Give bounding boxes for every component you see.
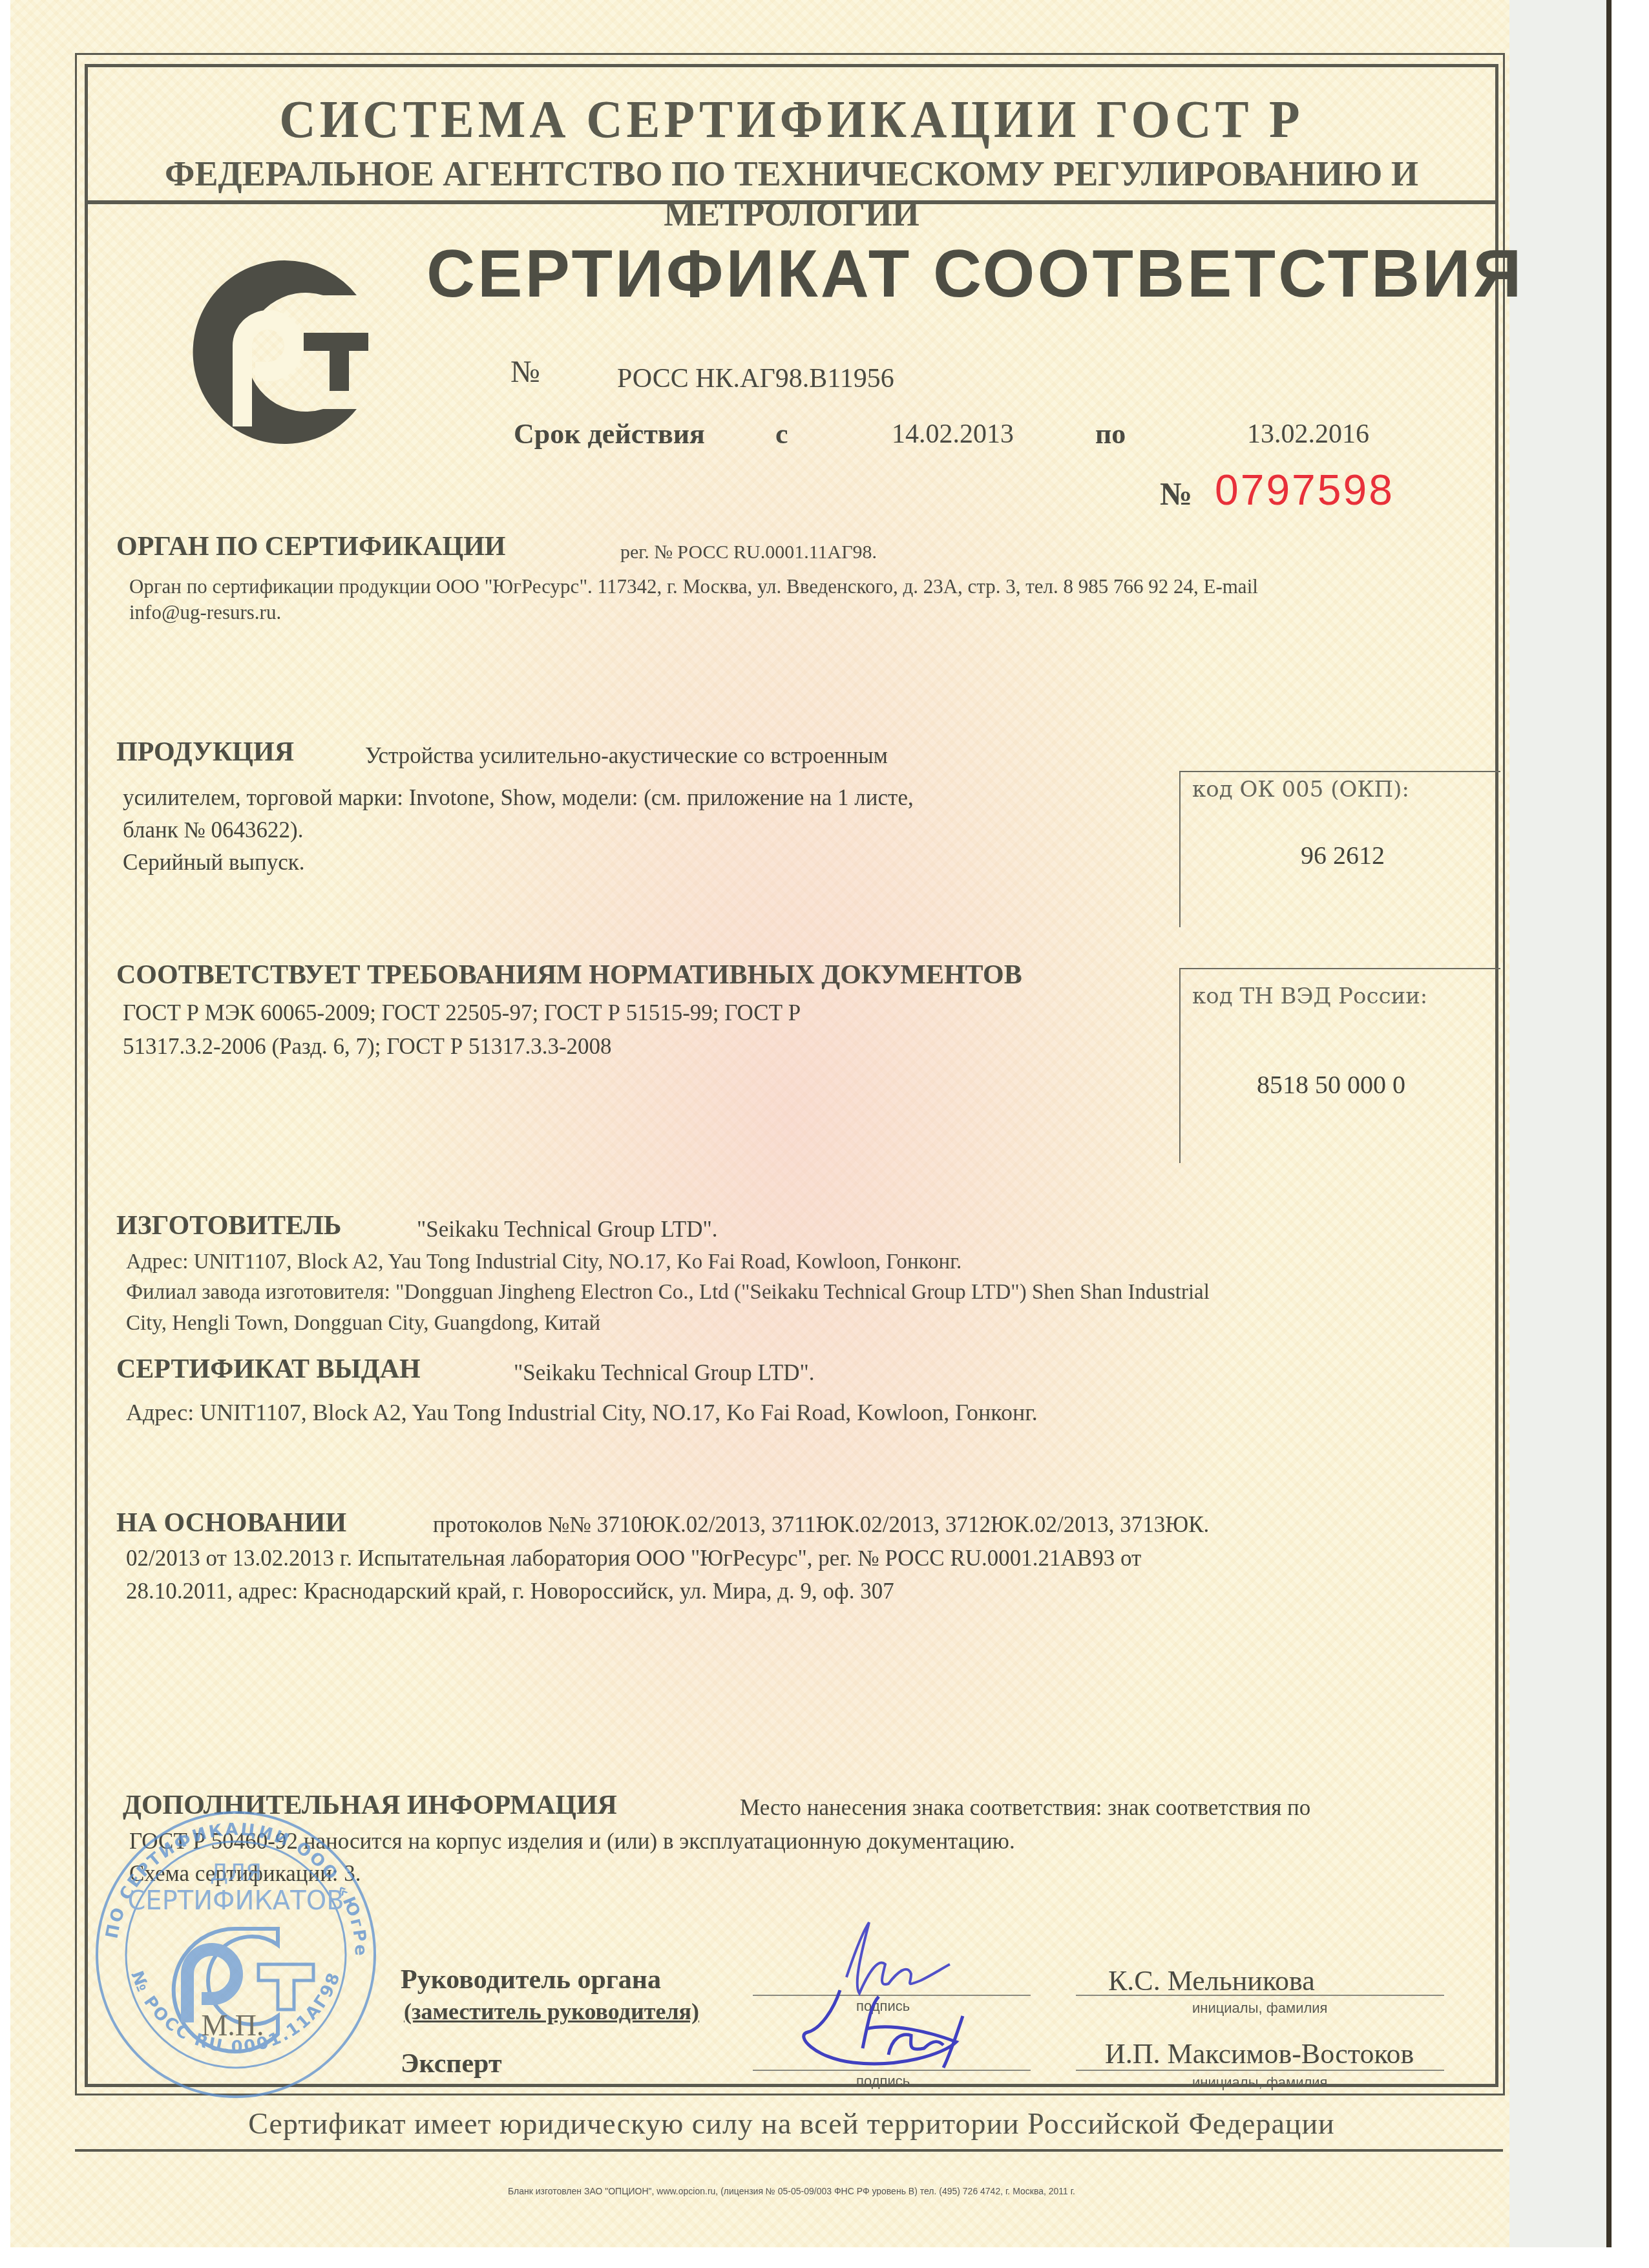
certification-body-line1: Орган по сертификации продукции ООО "ЮгР…	[129, 575, 1258, 598]
issued-to-name: "Seikaku Technical Group LTD".	[514, 1360, 814, 1386]
manufacturer-heading: ИЗГОТОВИТЕЛЬ	[116, 1210, 342, 1241]
deputy-head-label: (заместитель руководителя)	[404, 1998, 699, 2025]
issued-to-address: Адрес: UNIT1107, Block A2, Yau Tong Indu…	[126, 1399, 1038, 1426]
scan-margin	[1509, 0, 1606, 2247]
manufacturer-address: Адрес: UNIT1107, Block A2, Yau Tong Indu…	[126, 1250, 961, 1274]
product-line1: Устройства усилительно-акустические со в…	[365, 743, 888, 769]
official-seal-icon: ОРГАН ПО СЕРТИФИКАЦИИ ООО «ЮгРесурс» № Р…	[84, 1803, 388, 2106]
svg-text:ДЛЯ: ДЛЯ	[210, 1860, 262, 1886]
blank-manufacturer-note: Бланк изготовлен ЗАО "ОПЦИОН", www.opcio…	[85, 2186, 1498, 2196]
manufacturer-name: "Seikaku Technical Group LTD".	[417, 1217, 717, 1243]
basis-heading: НА ОСНОВАНИИ	[116, 1507, 346, 1538]
head-name-caption: инициалы, фамилия	[1192, 2000, 1328, 2017]
legal-validity-statement: Сертификат имеет юридическую силу на все…	[85, 2106, 1498, 2141]
validity-to-label: по	[1095, 417, 1126, 450]
certificate-number: РОСС НК.АГ98.В11956	[617, 363, 894, 394]
expert-label: Эксперт	[401, 2048, 502, 2079]
agency-title: ФЕДЕРАЛЬНОЕ АГЕНТСТВО ПО ТЕХНИЧЕСКОМУ РЕ…	[85, 154, 1498, 234]
certification-body-reg: рег. № РОСС RU.0001.11АГ98.	[620, 541, 877, 563]
certification-body-heading: ОРГАН ПО СЕРТИФИКАЦИИ	[116, 531, 506, 562]
svg-text:СЕРТИФИКАТОВ: СЕРТИФИКАТОВ	[127, 1886, 344, 1916]
expert-name: И.П. Максимов-Востоков	[1105, 2037, 1414, 2070]
okp-code-value: 96 2612	[1301, 840, 1385, 870]
handwritten-signature-icon	[750, 1919, 1047, 2087]
valid-to-date: 13.02.2016	[1247, 419, 1369, 450]
certification-body-line2: info@ug-resurs.ru.	[129, 601, 281, 624]
conformity-heading: СООТВЕТСТВУЕТ ТРЕБОВАНИЯМ НОРМАТИВНЫХ ДО…	[116, 960, 1022, 991]
number-sign: №	[510, 354, 540, 390]
blank-number-sign: №	[1160, 475, 1192, 512]
validity-from-label: с	[775, 417, 788, 450]
basis-line3: 28.10.2011, адрес: Краснодарский край, г…	[126, 1579, 894, 1604]
rst-conformity-mark-icon	[187, 255, 381, 449]
issued-to-heading: СЕРТИФИКАТ ВЫДАН	[116, 1354, 421, 1385]
document-title: СЕРТИФИКАТ СООТВЕТСТВИЯ	[426, 236, 1524, 313]
product-heading: ПРОДУКЦИЯ	[116, 737, 294, 768]
basis-line2: 02/2013 от 13.02.2013 г. Испытательная л…	[126, 1546, 1141, 1571]
product-line2: усилителем, торговой марки: Invotone, Sh…	[123, 785, 914, 811]
tnved-code-label: код ТН ВЭД России:	[1192, 983, 1427, 1009]
tnved-code-value: 8518 50 000 0	[1257, 1069, 1405, 1100]
system-title: СИСТЕМА СЕРТИФИКАЦИИ ГОСТ Р	[85, 89, 1498, 151]
head-of-body-label: Руководитель органа	[401, 1964, 661, 1995]
manufacturer-branch-line2: City, Hengli Town, Dongguan City, Guangd…	[126, 1312, 600, 1336]
manufacturer-branch-line1: Филиал завода изготовителя: "Dongguan Ji…	[126, 1281, 1210, 1305]
conformity-line1: ГОСТ Р МЭК 60065-2009; ГОСТ 22505-97; ГО…	[123, 1000, 801, 1026]
blank-number: 0797598	[1215, 465, 1394, 514]
svg-text:М.П.: М.П.	[201, 2009, 264, 2042]
product-line4: Серийный выпуск.	[123, 850, 305, 876]
valid-from-date: 14.02.2013	[892, 419, 1014, 450]
okp-code-label: код ОК 005 (ОКП):	[1192, 777, 1409, 803]
expert-name-caption: инициалы, фамилия	[1192, 2074, 1328, 2091]
scan-edge	[1606, 0, 1612, 2247]
head-name: К.С. Мельникова	[1108, 1964, 1315, 1997]
footer-divider	[75, 2149, 1503, 2152]
basis-line1: протоколов №№ 3710ЮК.02/2013, 3711ЮК.02/…	[433, 1512, 1209, 1538]
additional-info-line1: Место нанесения знака соответствия: знак…	[740, 1795, 1310, 1821]
conformity-line2: 51317.3.2-2006 (Разд. 6, 7); ГОСТ Р 5131…	[123, 1034, 612, 1060]
product-line3: бланк № 0643622).	[123, 817, 303, 843]
validity-label: Срок действия	[514, 417, 705, 450]
